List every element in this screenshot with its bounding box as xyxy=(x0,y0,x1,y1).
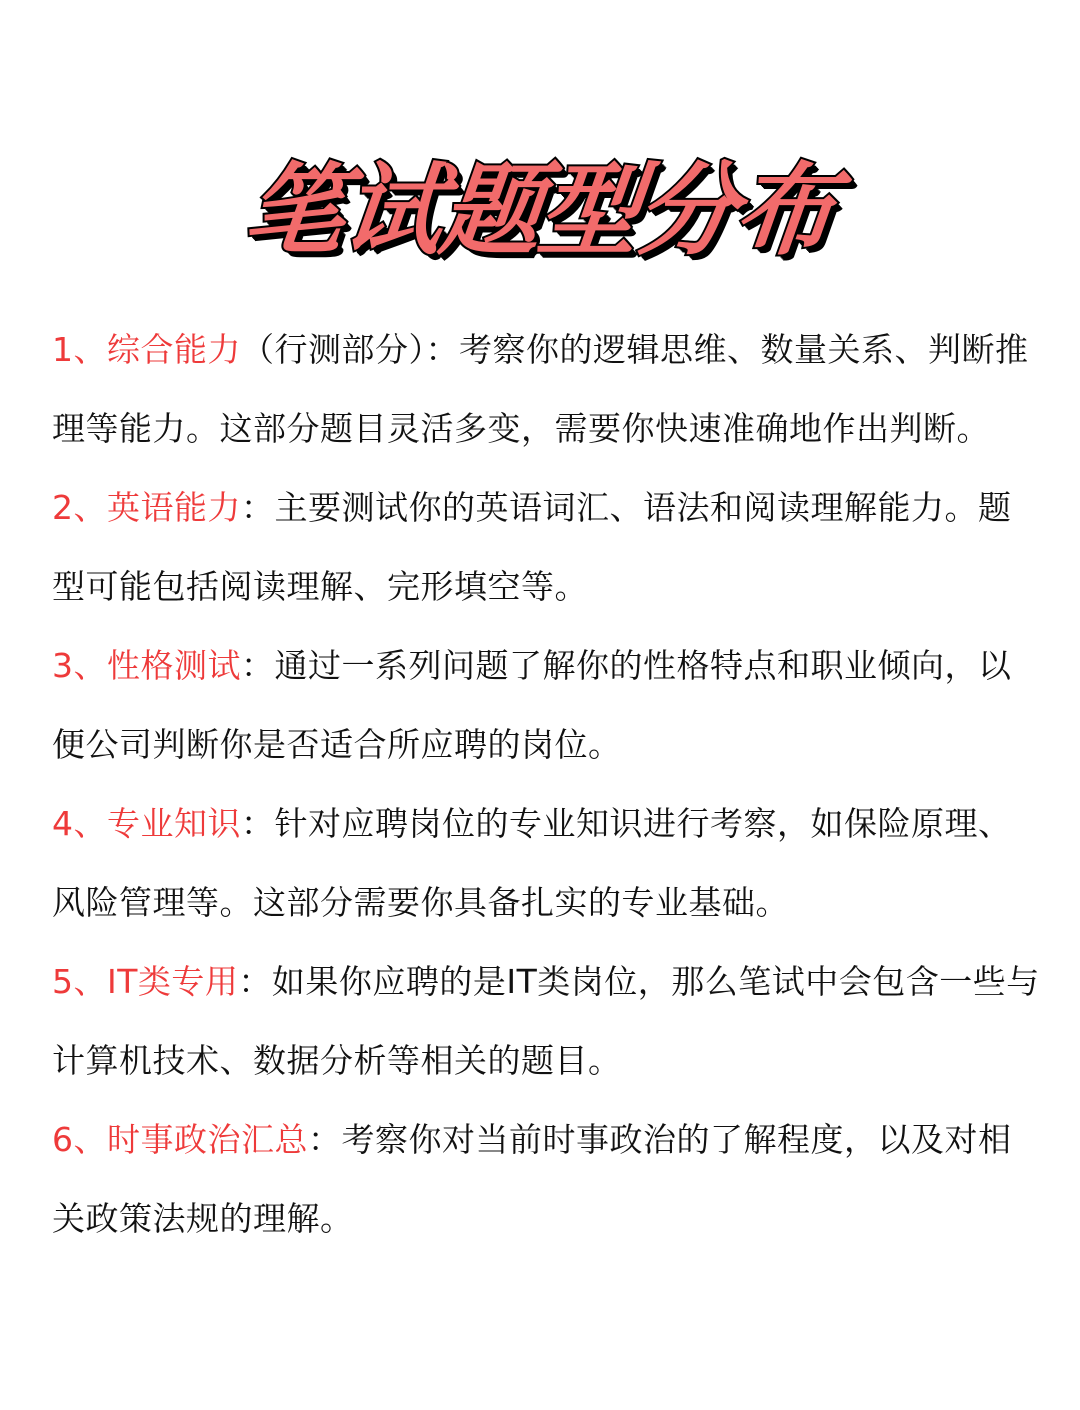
item-label: 1、综合能力 xyxy=(52,330,241,369)
list-item: 4、专业知识：针对应聘岗位的专业知识进行考察，如保险原理、风险管理等。这部分需要… xyxy=(52,784,1042,942)
item-label: 6、时事政治汇总 xyxy=(52,1120,308,1159)
page-title: 笔试题型分布 xyxy=(238,130,841,274)
list-item: 2、英语能力：主要测试你的英语词汇、语法和阅读理解能力。题型可能包括阅读理解、完… xyxy=(52,468,1042,626)
item-label: 2、英语能力 xyxy=(52,488,241,527)
item-label: 5、IT类专用 xyxy=(52,962,238,1001)
list-item: 1、综合能力（行测部分）：考察你的逻辑思维、数量关系、判断推理等能力。这部分题目… xyxy=(52,310,1042,468)
list-item: 5、IT类专用：如果你应聘的是IT类岗位，那么笔试中会包含一些与计算机技术、数据… xyxy=(52,942,1042,1100)
list-item: 6、时事政治汇总：考察你对当前时事政治的了解程度，以及对相关政策法规的理解。 xyxy=(52,1100,1042,1258)
content: 1、综合能力（行测部分）：考察你的逻辑思维、数量关系、判断推理等能力。这部分题目… xyxy=(52,310,1042,1258)
list-item: 3、性格测试：通过一系列问题了解你的性格特点和职业倾向，以便公司判断你是否适合所… xyxy=(52,626,1042,784)
item-label: 3、性格测试 xyxy=(52,646,241,685)
title-container: 笔试题型分布 xyxy=(0,130,1080,274)
item-label: 4、专业知识 xyxy=(52,804,241,843)
